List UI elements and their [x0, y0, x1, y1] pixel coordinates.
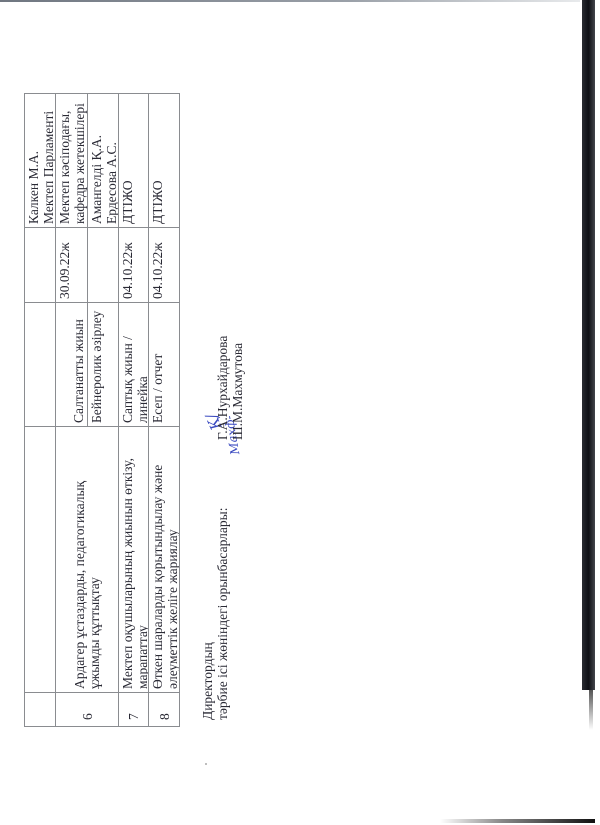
table-cell-date: 30.09.22ж [55, 227, 88, 303]
table-cell-number [24, 692, 56, 727]
table-cell-date: 04.10.22ж [148, 227, 180, 303]
signature-position: Директордың тәрбие ісі жөніндегі орынбас… [200, 508, 230, 720]
signatory-2: Ш.М.Махмутова [230, 336, 245, 440]
table-cell-form: Салтанатты жиын [55, 302, 88, 427]
table-cell-event: Ардагер ұстаздарды, педагогикалық ұжымды… [55, 426, 119, 693]
table-cell-event [24, 426, 56, 693]
signatory-names: Г.А.Нурхайдарова Ш.М.Махмутова [215, 336, 245, 440]
table-cell-date [24, 227, 56, 303]
table-cell-number: 7 [118, 692, 149, 727]
table-cell-form: Есеп / отчет [148, 302, 180, 427]
table-cell-form [24, 302, 56, 427]
table-cell-event: Мектеп оқушыларының жиынын өткізу, марап… [118, 426, 149, 693]
table-cell-responsible: ДТІЖО [148, 93, 180, 228]
event-text: Ардагер ұстаздарды, педагогикалық ұжымды… [72, 430, 102, 689]
table-cell-event: Өткен шараларды қорытындылау және әлеуме… [148, 426, 180, 693]
signatory-1: Г.А.Нурхайдарова [215, 336, 230, 440]
table-cell-form: Саптық жиын / линейка [118, 302, 149, 427]
rotated-document-page: Калкен М.А. Мектеп Парламенті 6 Ардагер … [0, 0, 600, 825]
table-cell-responsible: ДТІЖО [118, 93, 149, 228]
table-cell-number: 8 [148, 692, 180, 727]
table-cell-responsible: Амангелді Қ.А. Ердесова А.С. [87, 93, 119, 228]
position-line-1: Директордың [200, 508, 215, 720]
table-cell-form: Бейнеролик әзірлеу [87, 302, 119, 427]
table-cell-responsible: Калкен М.А. Мектеп Парламенті [24, 93, 56, 228]
table-cell-responsible: Мектеп кәсіподағы, кафедра жетекшілері [55, 93, 88, 228]
position-line-2: тәрбие ісі жөніндегі орынбасарлары: [215, 508, 230, 720]
events-table: Калкен М.А. Мектеп Парламенті 6 Ардагер … [24, 93, 180, 727]
scan-speck [205, 763, 207, 765]
table-cell-number: 6 [55, 692, 119, 727]
table-cell-date: 04.10.22ж [118, 227, 149, 303]
table-cell-date [87, 227, 119, 303]
